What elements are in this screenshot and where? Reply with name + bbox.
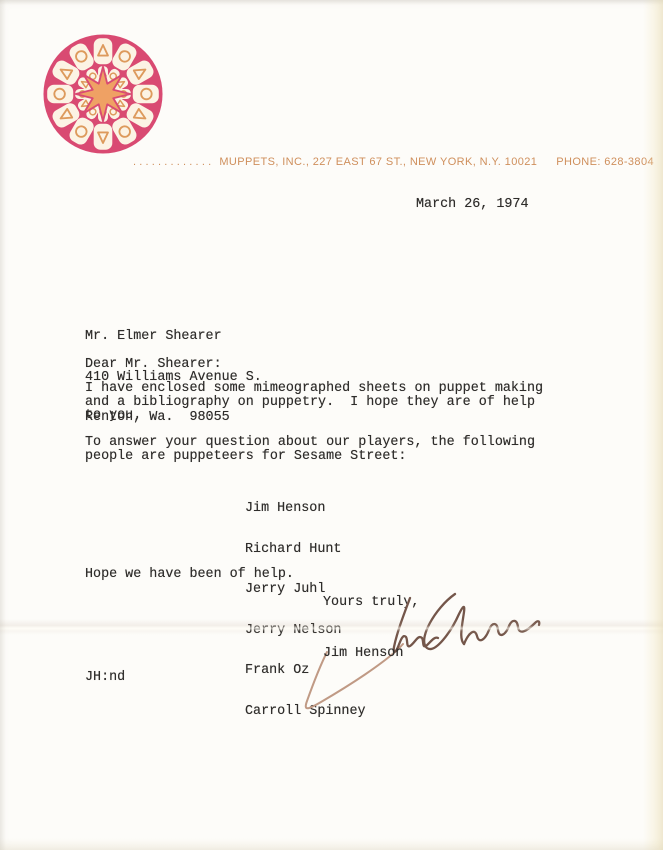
recipient-name: Mr. Elmer Shearer	[85, 330, 262, 344]
letter-date: March 26, 1974	[416, 198, 529, 212]
scanned-letter-page: ............. MUPPETS, INC., 227 EAST 67…	[0, 0, 663, 850]
logo-star	[76, 67, 131, 122]
signature-enson-stroke	[464, 621, 539, 644]
letterhead-phone: PHONE: 628-3804	[556, 156, 654, 169]
letterhead-company-address: MUPPETS, INC., 227 EAST 67 ST., NEW YORK…	[219, 156, 537, 169]
signature-jim-stroke	[394, 598, 438, 652]
body-paragraph-1: I have enclosed some mimeographed sheets…	[85, 382, 543, 423]
typist-initials: JH:nd	[85, 671, 125, 685]
letterhead-dots: .............	[133, 156, 214, 169]
typed-signature-name: Jim Henson	[323, 647, 403, 661]
closing-line: Hope we have been of help.	[85, 568, 294, 582]
puppeteer-item: Jim Henson	[245, 502, 366, 516]
recipient-address-block: Mr. Elmer Shearer 410 Williams Avenue S.…	[85, 303, 262, 452]
muppets-logo	[41, 32, 165, 156]
puppeteer-item: Richard Hunt	[245, 543, 366, 557]
letterhead: ............. MUPPETS, INC., 227 EAST 67…	[133, 156, 654, 169]
body-paragraph-2: To answer your question about our player…	[85, 436, 535, 463]
salutation: Dear Mr. Shearer:	[85, 358, 222, 372]
